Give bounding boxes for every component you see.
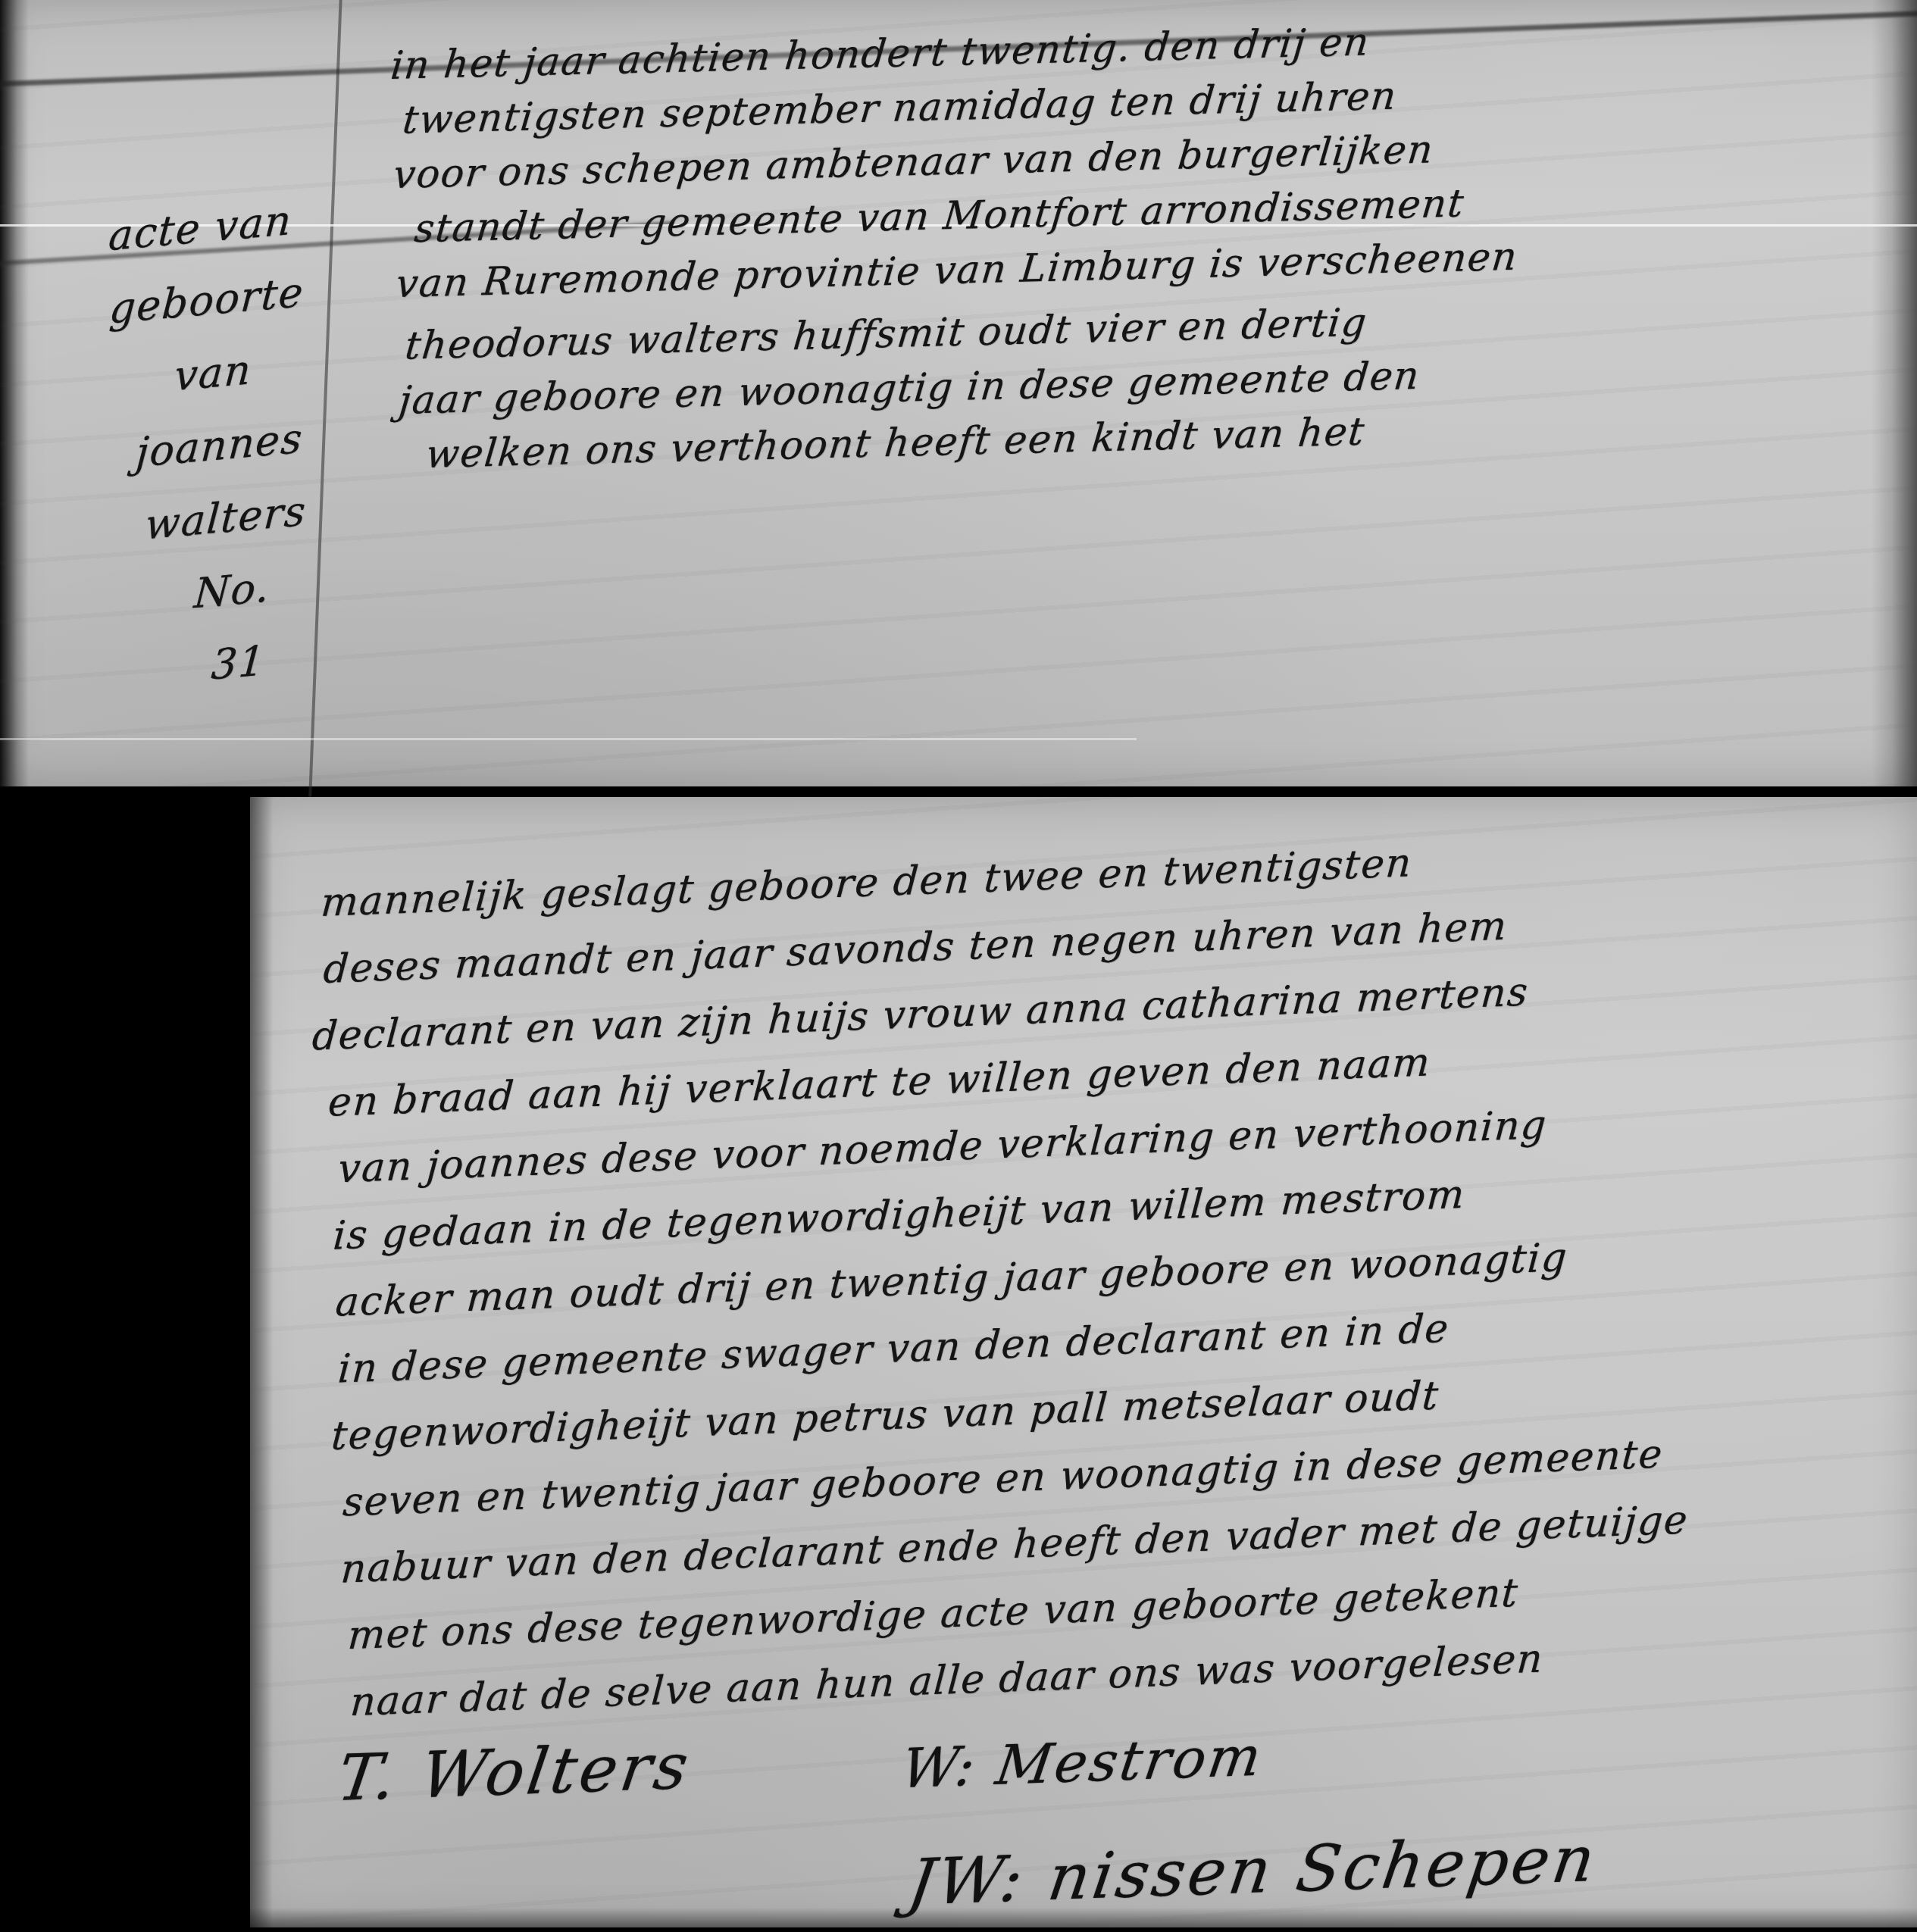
signature-official: JW: nissen Schepen [904, 1821, 1603, 1919]
scanned-record-page: acte van geboorte van joannes walters No… [0, 0, 1917, 1932]
scan-scratch-line [0, 738, 1137, 740]
margin-annotation: acte van geboorte van joannes walters No… [73, 181, 366, 710]
act-body-part1: in het jaar achtien hondert twentig. den… [390, 3, 1901, 483]
signature-witness: W: Mestrom [898, 1724, 1268, 1800]
act-body-part2: mannelijk geslagt geboore den twee en tw… [320, 813, 1912, 1737]
top-fragment-paper: acte van geboorte van joannes walters No… [0, 0, 1917, 786]
signature-declarant: T. Wolters [333, 1729, 696, 1815]
paper-edge-shadow [250, 797, 273, 1927]
paper-edge-shadow [0, 0, 29, 786]
bottom-fragment-paper: mannelijk geslagt geboore den twee en tw… [250, 797, 1917, 1927]
